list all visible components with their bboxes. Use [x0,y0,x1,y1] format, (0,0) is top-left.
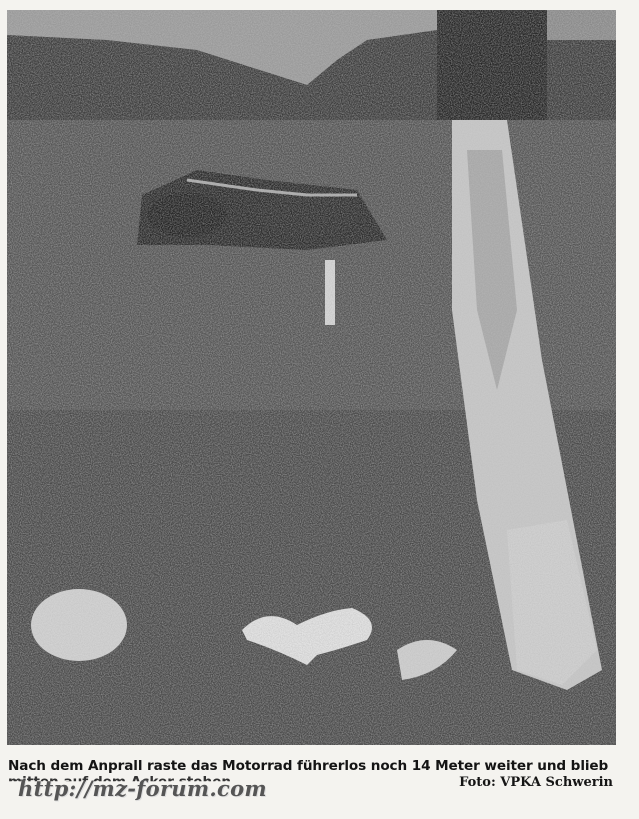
watermark-url: http://mz-forum.com [18,776,267,801]
news-photo [7,10,616,745]
photo-credit: Foto: VPKA Schwerin [459,775,613,790]
photo-scene [7,10,616,745]
photo-caption-line1: Nach dem Anprall raste das Motorrad führ… [8,758,613,774]
